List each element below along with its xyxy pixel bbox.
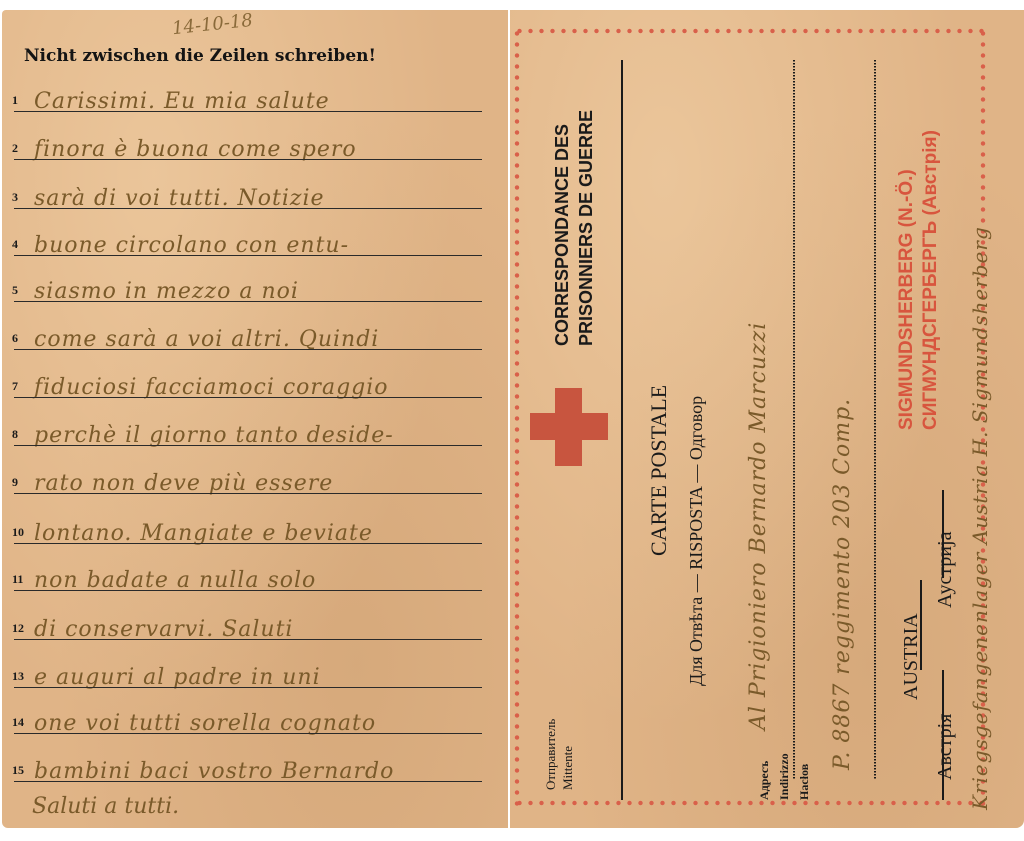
message-line: 8 perchè il giorno tanto deside- bbox=[12, 408, 482, 448]
line-number: 3 bbox=[12, 190, 18, 205]
line-number: 12 bbox=[12, 621, 24, 636]
message-line: 12 di conservarvi. Saluti bbox=[12, 602, 482, 642]
message-line: 4 buone circolano con entu- bbox=[12, 218, 482, 258]
writing-rule bbox=[14, 543, 482, 545]
handwritten-address-2: P. 8867 reggimento 203 Comp. bbox=[830, 398, 855, 770]
handwritten-address-3: Kriegsgefangenenlager Austria H. Sigmund… bbox=[968, 226, 992, 810]
line-number: 2 bbox=[12, 141, 18, 156]
reply-line: Для Отвѣта — RISPOSTA — Одговор bbox=[686, 396, 707, 686]
country-sr: Аустрија bbox=[934, 532, 957, 608]
message-line: 10 lontano. Mangiate e beviate bbox=[12, 506, 482, 546]
message-line: 6 come sarà a voi altri. Quindi bbox=[12, 312, 482, 352]
message-line: 11 non badate a nulla solo bbox=[12, 553, 482, 593]
handwritten-address-1: Al Prigioniero Bernardo Marcuzzi bbox=[746, 322, 771, 730]
divider-line bbox=[621, 60, 623, 800]
line-number: 10 bbox=[12, 525, 24, 540]
postcard-message-side: 14-10-18 Nicht zwischen die Zeilen schre… bbox=[2, 10, 508, 828]
handwritten-closing: Saluti a tutti. bbox=[32, 794, 179, 819]
address-label-ru: Адресъ bbox=[754, 753, 774, 800]
sender-label-ru: Отправитель bbox=[542, 719, 559, 790]
message-line: 1 Carissimi. Eu mia salute bbox=[12, 74, 482, 114]
message-line: 3 sarà di voi tutti. Notizie bbox=[12, 171, 482, 211]
line-number: 11 bbox=[12, 572, 23, 587]
sender-label: Отправитель Mittente bbox=[542, 719, 576, 790]
header-line-1: CORRESPONDANCE DES bbox=[550, 110, 574, 346]
line-number: 5 bbox=[12, 283, 18, 298]
line-number: 8 bbox=[12, 427, 18, 442]
camp-name-cyrillic: СИГМУНДСГЕРБЕРГЪ (Австрія) bbox=[920, 130, 942, 430]
address-dotted-line-1 bbox=[793, 60, 795, 780]
writing-rule bbox=[14, 397, 482, 399]
address-label: Адресъ Indirizzo Насłов bbox=[754, 753, 814, 800]
writing-rule bbox=[14, 590, 482, 592]
address-dotted-line-2 bbox=[874, 60, 876, 780]
country-ru: Австрія bbox=[934, 714, 957, 780]
writing-rule bbox=[14, 445, 482, 447]
writing-rule bbox=[14, 781, 482, 783]
message-line: 5 siasmo in mezzo a noi bbox=[12, 264, 482, 304]
address-label-it: Indirizzo bbox=[774, 753, 794, 800]
message-line: 15 bambini baci vostro Bernardo bbox=[12, 744, 482, 784]
red-border-bottom bbox=[514, 800, 986, 806]
address-label-sr: Насłов bbox=[794, 753, 814, 800]
message-line: 7 fiduciosi facciamoci coraggio bbox=[12, 360, 482, 400]
country-rule-3 bbox=[920, 580, 922, 670]
message-line: 2 finora è buona come spero bbox=[12, 122, 482, 162]
writing-rule bbox=[14, 639, 482, 641]
writing-rule bbox=[14, 349, 482, 351]
card-title: CARTE POSTALE bbox=[646, 385, 672, 556]
postcard-address-side: CORRESPONDANCE DES PRISONNIERS DE GUERRE… bbox=[510, 10, 1024, 828]
message-line: 9 rato non deve più essere bbox=[12, 456, 482, 496]
header-line-2: PRISONNIERS DE GUERRE bbox=[574, 110, 598, 346]
writing-rule bbox=[14, 255, 482, 257]
line-number: 13 bbox=[12, 669, 24, 684]
line-number: 4 bbox=[12, 237, 18, 252]
writing-rule bbox=[14, 687, 482, 689]
message-line: 13 e auguri al padre in uni bbox=[12, 650, 482, 690]
writing-rule bbox=[14, 208, 482, 210]
line-number: 14 bbox=[12, 715, 24, 730]
instruction-heading: Nicht zwischen die Zeilen schreiben! bbox=[24, 46, 376, 66]
header-title: CORRESPONDANCE DES PRISONNIERS DE GUERRE bbox=[550, 110, 598, 346]
line-number: 9 bbox=[12, 475, 18, 490]
writing-rule bbox=[14, 493, 482, 495]
red-cross-icon bbox=[530, 388, 608, 466]
line-number: 15 bbox=[12, 763, 24, 778]
writing-rule bbox=[14, 733, 482, 735]
red-border-top bbox=[514, 28, 986, 34]
message-line: 14 one voi tutti sorella cognato bbox=[12, 696, 482, 736]
line-number: 7 bbox=[12, 379, 18, 394]
line-number: 6 bbox=[12, 331, 18, 346]
red-border-left bbox=[514, 28, 520, 806]
sender-label-it: Mittente bbox=[559, 719, 576, 790]
writing-rule bbox=[14, 111, 482, 113]
writing-rule bbox=[14, 159, 482, 161]
line-number: 1 bbox=[12, 93, 18, 108]
camp-name-latin: SIGMUNDSHERBERG (N.-Ö.) bbox=[896, 169, 918, 430]
handwritten-date: 14-10-18 bbox=[171, 10, 254, 39]
writing-rule bbox=[14, 301, 482, 303]
